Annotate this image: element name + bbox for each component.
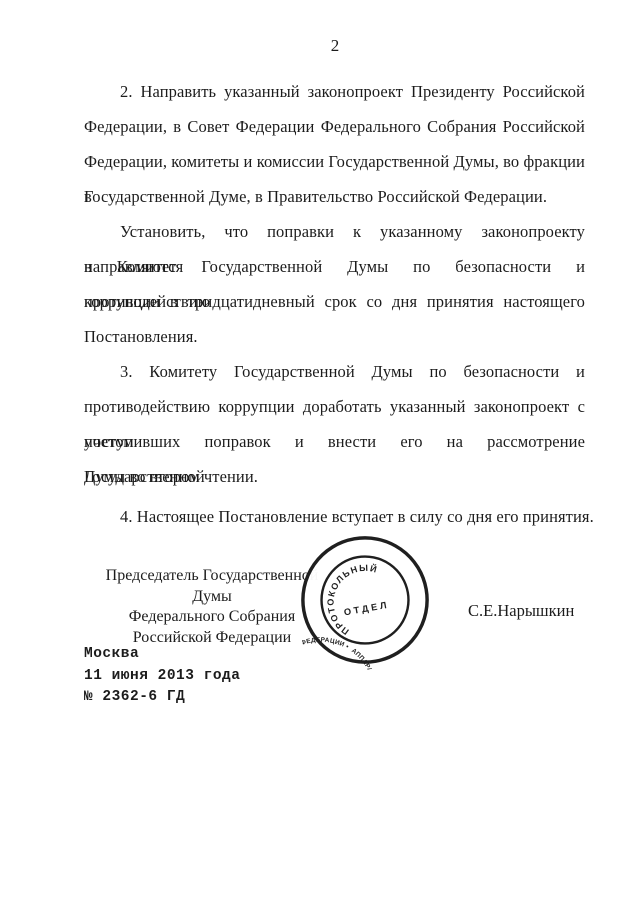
footer-doc-number: № 2362-6 ГД: [84, 687, 240, 709]
document-page: 2 2. Направить указанный законопроект Пр…: [0, 0, 640, 905]
footer-date: 11 июня 2013 года: [84, 666, 240, 688]
body-line: коррупции в тридцатидневный срок со дня …: [84, 284, 585, 319]
body-line: 4. Настоящее Постановление вступает в си…: [84, 499, 585, 534]
document-body: 2. Направить указанный законопроект През…: [84, 74, 585, 534]
protocol-department-stamp-icon: АППАРАТ ГОСУДАРСТВЕННОЙ ДУМЫ ФЕДЕРАЛЬНОГ…: [285, 520, 445, 680]
stamp-outer-ring: [293, 528, 437, 672]
body-line: Установить, что поправки к указанному за…: [84, 214, 585, 249]
footer-city: Москва: [84, 644, 240, 666]
body-line: Федерации, комитеты и комиссии Государст…: [84, 144, 585, 179]
body-line: в Комитет Государственной Думы по безопа…: [84, 249, 585, 284]
page-number: 2: [0, 36, 640, 56]
footer-block: Москва 11 июня 2013 года № 2362-6 ГД: [84, 644, 240, 709]
body-line: Постановления.: [84, 319, 585, 354]
body-line: 2. Направить указанный законопроект През…: [84, 74, 585, 109]
body-line: Федерации, в Совет Федерации Федеральног…: [84, 109, 585, 144]
signatory-name: С.Е.Нарышкин: [468, 601, 574, 621]
body-line: Думы во втором чтении.: [84, 459, 585, 494]
body-line: 3. Комитету Государственной Думы по безо…: [84, 354, 585, 389]
body-line: Государственной Думе, в Правительство Ро…: [84, 179, 585, 214]
body-line: поступивших поправок и внести его на рас…: [84, 424, 585, 459]
body-line: противодействию коррупции доработать ука…: [84, 389, 585, 424]
